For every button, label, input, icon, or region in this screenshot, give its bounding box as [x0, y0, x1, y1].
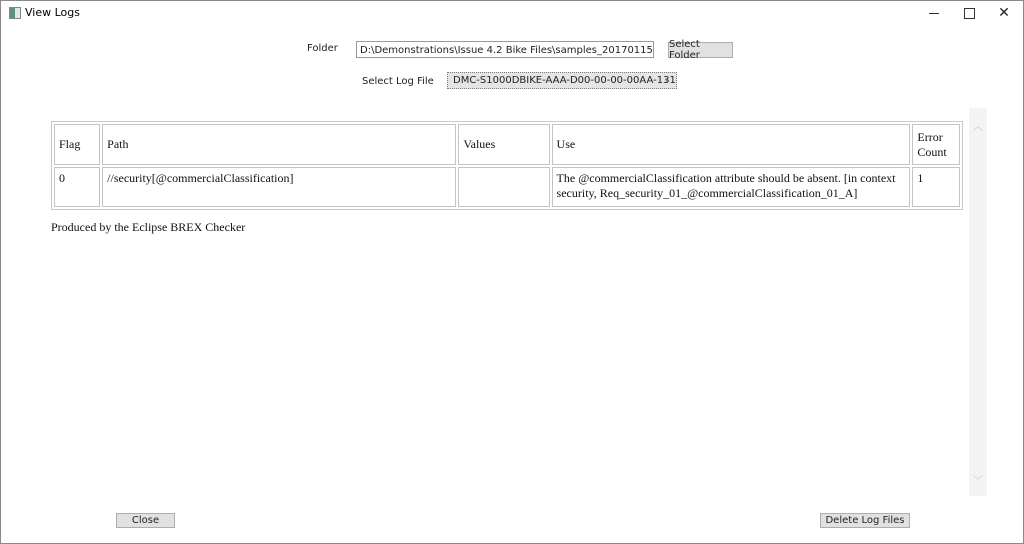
table-row: 0 //security[@commercialClassification] …: [54, 167, 960, 207]
maximize-icon: [964, 8, 975, 19]
log-file-dropdown[interactable]: DMC-S1000DBIKE-AAA-D00-00-00-00AA-131A-A…: [447, 72, 677, 89]
folder-path-field[interactable]: D:\Demonstrations\Issue 4.2 Bike Files\s…: [356, 41, 654, 58]
cell-values: [458, 167, 549, 207]
cell-path: //security[@commercialClassification]: [102, 167, 456, 207]
maximize-button[interactable]: [952, 1, 986, 25]
window-title: View Logs: [25, 6, 80, 19]
report-view: Flag Path Values Use Error Count 0 //sec…: [37, 108, 987, 496]
report-footer: Produced by the Eclipse BREX Checker: [51, 220, 245, 235]
select-log-file-label: Select Log File: [362, 76, 434, 87]
minimize-icon: [929, 13, 939, 14]
folder-label: Folder: [307, 43, 338, 54]
column-header-path: Path: [102, 124, 456, 165]
minimize-button[interactable]: [917, 1, 951, 25]
column-header-values: Values: [458, 124, 549, 165]
column-header-flag: Flag: [54, 124, 100, 165]
cell-error-count: 1: [912, 167, 960, 207]
log-file-selected-value: DMC-S1000DBIKE-AAA-D00-00-00-00AA-131A-A…: [453, 75, 677, 86]
results-table: Flag Path Values Use Error Count 0 //sec…: [51, 121, 963, 210]
title-bar: View Logs ✕: [1, 1, 1023, 25]
chevron-down-icon: ⌄: [663, 73, 671, 88]
close-button[interactable]: Close: [116, 513, 175, 528]
select-folder-button[interactable]: Select Folder: [668, 42, 733, 58]
view-logs-window: View Logs ✕ Folder D:\Demonstrations\Iss…: [0, 0, 1024, 544]
table-header-row: Flag Path Values Use Error Count: [54, 124, 960, 165]
app-icon: [9, 7, 21, 19]
vertical-scrollbar[interactable]: ︿ ﹀: [969, 108, 987, 496]
column-header-error-count: Error Count: [912, 124, 960, 165]
cell-flag: 0: [54, 167, 100, 207]
scroll-up-icon[interactable]: ︿: [969, 116, 987, 134]
scroll-down-icon[interactable]: ﹀: [969, 470, 987, 488]
window-close-button[interactable]: ✕: [987, 1, 1021, 25]
column-header-use: Use: [552, 124, 911, 165]
cell-use: The @commercialClassification attribute …: [552, 167, 911, 207]
delete-log-files-button[interactable]: Delete Log Files: [820, 513, 910, 528]
close-icon: ✕: [998, 5, 1010, 21]
